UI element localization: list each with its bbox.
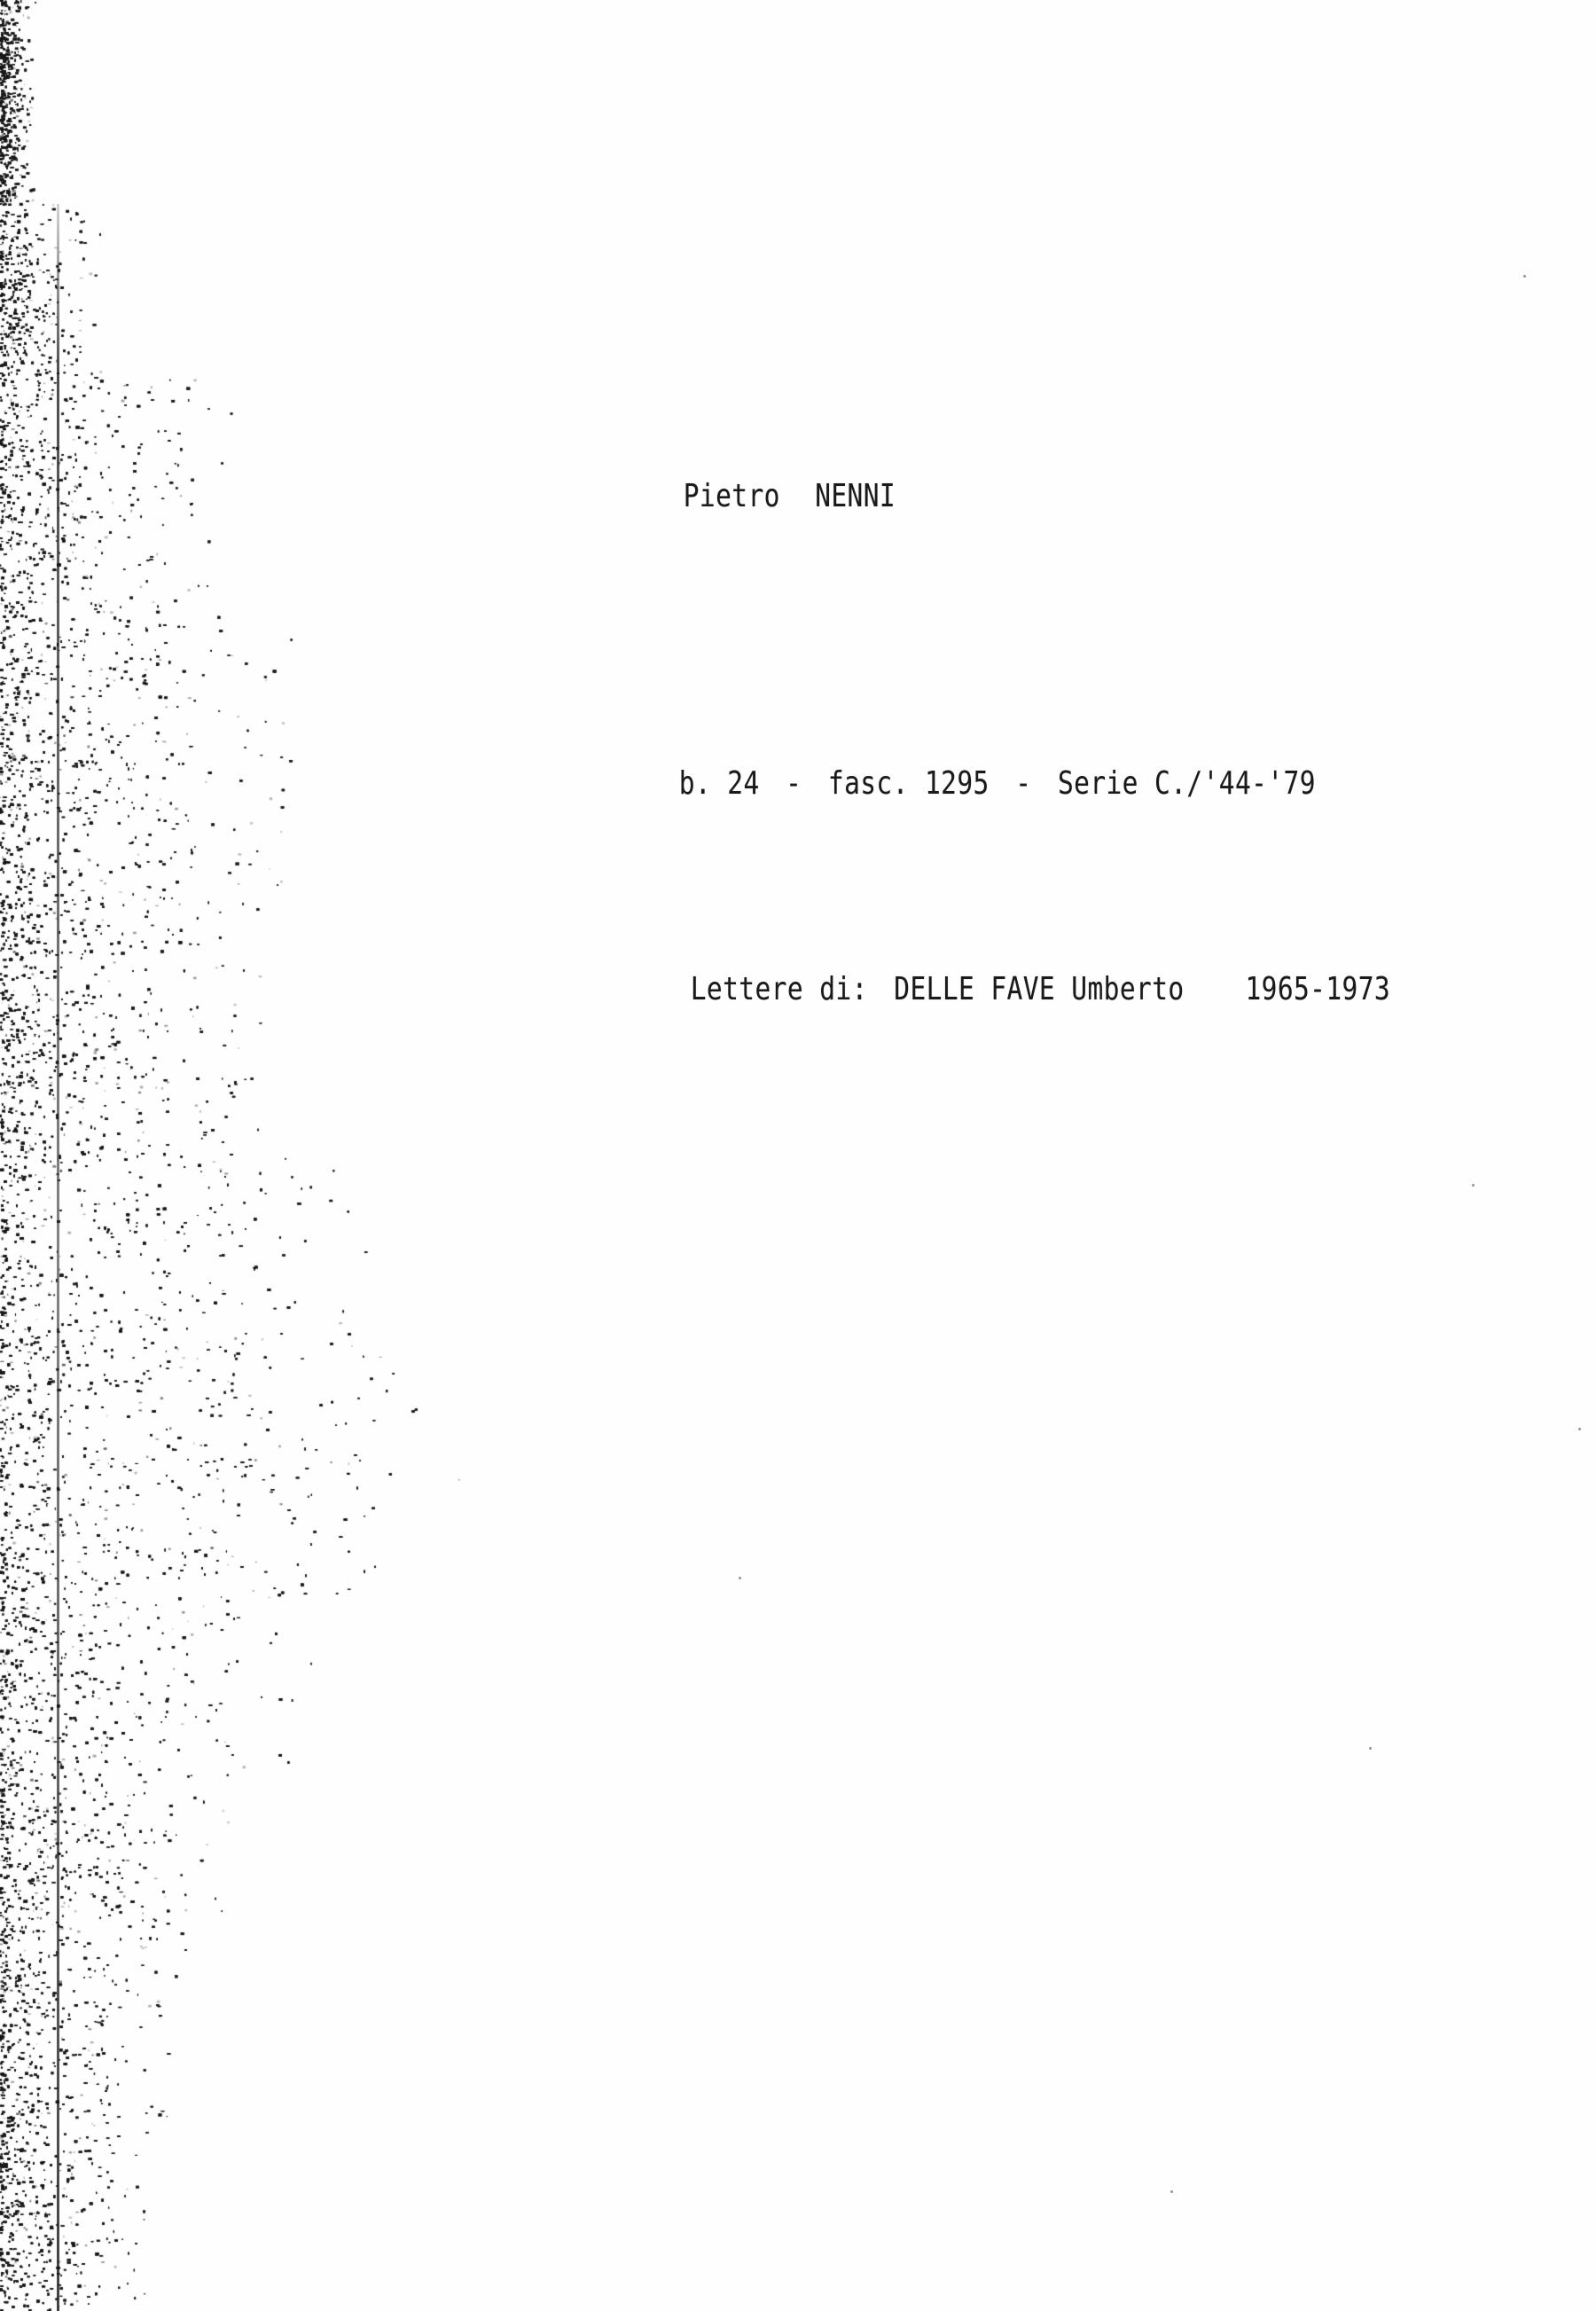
scanned-document-page: PietroNENNI b. 24-fasc. 1295-Serie C./'4… <box>0 0 1596 2311</box>
author-last-name: NENNI <box>815 478 896 514</box>
letters-label: Lettere di: <box>691 971 868 1007</box>
correspondent-name: DELLE FAVE Umberto <box>894 971 1184 1007</box>
scan-speck <box>739 1577 741 1579</box>
scan-edge-shadow <box>0 0 550 2311</box>
scan-speck <box>1472 1184 1475 1187</box>
binding-edge-line <box>57 204 59 2311</box>
serie-label: Serie C./'44-'79 <box>1058 765 1316 802</box>
author-first-name: Pietro <box>684 478 780 514</box>
date-range: 1965-1973 <box>1245 971 1390 1007</box>
author-line: PietroNENNI <box>619 442 896 551</box>
scan-speck <box>1578 1428 1581 1430</box>
busta-number: b. 24 <box>679 765 760 802</box>
fascicolo-number: fasc. 1295 <box>828 765 990 802</box>
separator: - <box>1015 765 1031 802</box>
scan-speck <box>1369 1747 1372 1750</box>
letters-line: Lettere di:DELLE FAVE Umberto1965-1973 <box>626 935 1390 1044</box>
archive-reference-line: b. 24-fasc. 1295-Serie C./'44-'79 <box>614 729 1316 838</box>
scan-speck <box>1523 275 1526 278</box>
scan-speck <box>1170 2190 1173 2193</box>
separator: - <box>786 765 802 802</box>
